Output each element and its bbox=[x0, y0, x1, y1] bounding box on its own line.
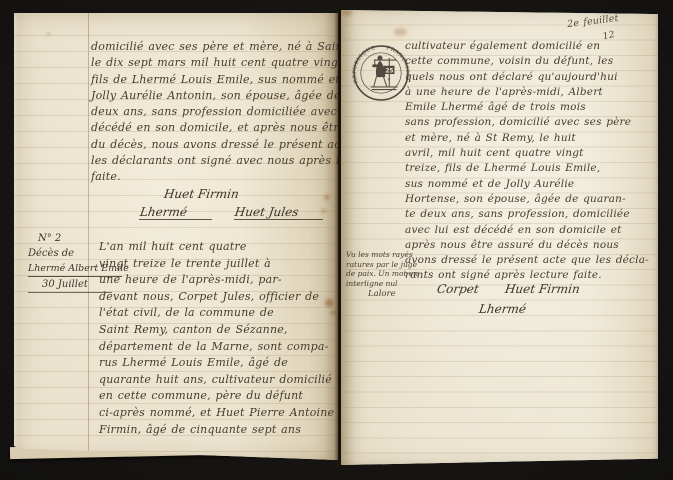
margin-note-line: Lalore bbox=[346, 288, 432, 300]
handwritten-line: vingt treize le trente juillet à bbox=[99, 256, 338, 273]
folio-annotation: 2e feuillet bbox=[567, 13, 620, 30]
foxing-stain bbox=[342, 10, 352, 16]
handwritten-line: domicilié avec ses père et mère, né à Sa… bbox=[91, 39, 338, 55]
handwritten-line: après nous être assuré du décès nous bbox=[405, 238, 658, 253]
handwritten-line: Jolly Aurélie Antonin, son épouse, âgée … bbox=[91, 88, 338, 104]
handwritten-line: quels nous ont déclaré qu'aujourd'hui bbox=[405, 70, 658, 85]
handwritten-line: sans profession, domicilié avec ses père bbox=[405, 115, 658, 130]
handwritten-line: ci-après nommé, et Huet Pierre Antoine bbox=[99, 405, 338, 422]
handwritten-line: fils de Lhermé Louis Emile, sus nommé et… bbox=[91, 72, 338, 88]
signature-corpet: Corpet bbox=[436, 282, 480, 296]
handwritten-line: L'an mil huit cent quatre bbox=[99, 239, 338, 256]
handwritten-line: deux ans, sans profession domiciliée ave… bbox=[91, 104, 338, 120]
margin-note-line: ratures par le juge bbox=[346, 260, 432, 270]
act1-text-block: domicilié avec ses père et mère, né à Sa… bbox=[91, 39, 338, 186]
handwritten-line: du décès, nous avons dressé le présent a… bbox=[91, 137, 338, 153]
signature-lherme: Lhermé Huet Jules bbox=[139, 205, 325, 219]
margin-note-line: interligne nul bbox=[346, 279, 432, 289]
signature-huet-firmin: Huet Firmin bbox=[163, 187, 240, 201]
fiscal-stamp: RÉPUBLIQUE FRANÇAISE 25 c bbox=[352, 44, 410, 102]
handwritten-line: te deux ans, sans profession, domiciliée bbox=[405, 207, 658, 222]
handwritten-line: quarante huit ans, cultivateur domicilié bbox=[99, 372, 338, 389]
handwritten-line: devant nous, Corpet Jules, officier de bbox=[99, 289, 338, 306]
signature-row: Corpet Huet Firmin bbox=[437, 282, 657, 296]
handwritten-line: le dix sept mars mil huit cent quatre vi… bbox=[91, 55, 338, 71]
stamp-value: 25 bbox=[385, 68, 393, 74]
foxing-stain bbox=[394, 28, 407, 36]
handwritten-line: rus Lhermé Louis Emile, âgé de bbox=[99, 355, 338, 372]
handwritten-line: département de la Marne, sont compa- bbox=[99, 339, 338, 356]
left-page: domicilié avec ses père et mère, né à Sa… bbox=[14, 13, 338, 460]
handwritten-line: une heure de l'après-midi, par- bbox=[99, 272, 338, 289]
margin-note-line: de paix. Un mot en bbox=[346, 269, 432, 279]
signature-lherme-right: Lhermé bbox=[478, 302, 527, 316]
margin-note-line: Vu les mots rayés bbox=[346, 250, 432, 260]
handwritten-line: avril, mil huit cent quatre vingt bbox=[405, 146, 658, 161]
handwritten-line: l'état civil, de la commune de bbox=[99, 305, 338, 322]
stamp-unit: c bbox=[388, 77, 391, 82]
act2-text-block: L'an mil huit cent quatrevingt treize le… bbox=[99, 239, 338, 438]
handwritten-line: avec lui est décédé en son domicile et bbox=[405, 223, 658, 238]
signature-lherme-name: Lhermé bbox=[139, 205, 214, 220]
handwritten-line: sus nommé et de Jolly Aurélie bbox=[405, 177, 658, 192]
scanned-register-photo: domicilié avec ses père et mère, né à Sa… bbox=[0, 0, 673, 480]
handwritten-line: avons dressé le présent acte que les déc… bbox=[405, 253, 658, 268]
right-page: 2e feuillet 12 RÉPUBLIQUE FRANÇAISE bbox=[341, 10, 658, 465]
handwritten-line: les déclarants ont signé avec nous après… bbox=[91, 153, 338, 169]
marginal-verification-note: Vu les mots rayésratures par le jugede p… bbox=[346, 250, 432, 300]
handwritten-line: Emile Lhermé âgé de trois mois bbox=[405, 100, 658, 115]
handwritten-line: cultivateur également domicilié en bbox=[405, 39, 658, 54]
handwritten-line: à une heure de l'après-midi, Albert bbox=[405, 85, 658, 100]
foxing-stain bbox=[324, 195, 330, 200]
handwritten-line: et mère, né à St Remy, le huit bbox=[405, 131, 658, 146]
handwritten-line: faite. bbox=[91, 169, 338, 185]
handwritten-line: treize, fils de Lhermé Louis Emile, bbox=[405, 161, 658, 176]
handwritten-line: Saint Remy, canton de Sézanne, bbox=[99, 322, 338, 339]
handwritten-line: cette commune, voisin du défunt, les bbox=[405, 54, 658, 69]
signature-huet-firmin-right: Huet Firmin bbox=[504, 282, 581, 296]
signature-huet-jules: Huet Jules bbox=[234, 205, 326, 220]
handwritten-line: Firmin, âgé de cinquante sept ans bbox=[99, 422, 338, 439]
right-act-text-block: cultivateur également domicilié encette … bbox=[405, 39, 658, 284]
handwritten-line: en cette commune, père du défunt bbox=[99, 388, 338, 405]
ink-speck bbox=[47, 33, 50, 35]
handwritten-line: décédé en son domicile, et après nous êt… bbox=[91, 120, 338, 136]
handwritten-line: Hortense, son épouse, âgée de quaran- bbox=[405, 192, 658, 207]
